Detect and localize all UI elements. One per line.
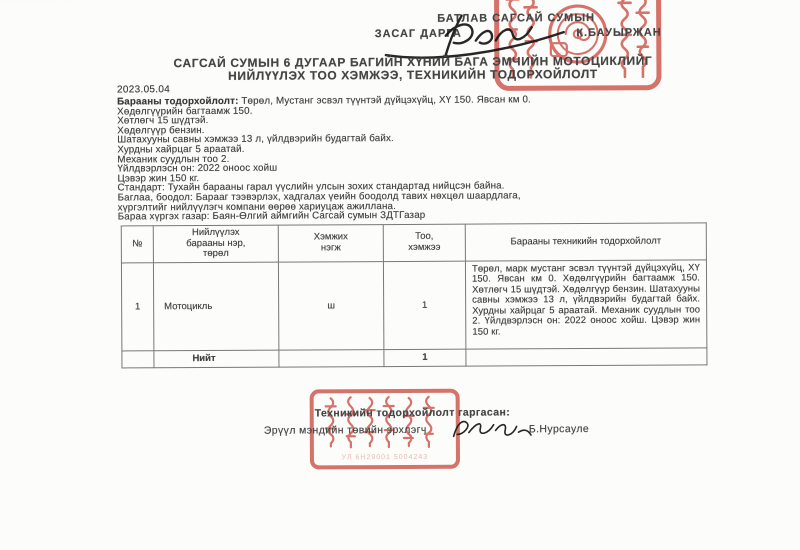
table-header-spec: Барааны техникийн тодорхойлолт bbox=[465, 223, 706, 261]
total-label: Нийт bbox=[154, 350, 279, 368]
issuer-name: Б.Нурсауле bbox=[529, 423, 589, 435]
cell-spec: Төрөл, марк мустанг эсвэл түүнтэй дүйцэх… bbox=[465, 259, 706, 348]
description-intro: Төрөл, Мустанг эсвэл түүнтэй дүйцэхүйц, … bbox=[239, 94, 531, 107]
cell-no: 1 bbox=[121, 262, 153, 350]
table-row: 1 Мотоцикль ш 1 Төрөл, марк мустанг эсвэ… bbox=[121, 259, 706, 350]
spec-table: № Нийлүүлэх барааны нэр, төрөл Хэмжих нэ… bbox=[121, 222, 708, 368]
cell-qty: 1 bbox=[383, 261, 465, 349]
cell-name: Мотоцикль bbox=[153, 262, 278, 351]
document-date: 2023.05.04 bbox=[117, 84, 170, 95]
table-header-unit: Хэмжих нэгж bbox=[278, 225, 383, 262]
cell-unit: ш bbox=[278, 261, 383, 350]
table-header-qty: Тоо, хэмжээ bbox=[383, 224, 465, 261]
table-header-no: № bbox=[121, 226, 153, 263]
product-description: Барааны тодорхойлолт: Төрөл, Мустанг эсв… bbox=[117, 94, 703, 222]
table-header-row: № Нийлүүлэх барааны нэр, төрөл Хэмжих нэ… bbox=[121, 223, 706, 263]
approval-name: К.БАУЫРЖАН bbox=[576, 27, 661, 39]
table-header-name: Нийлүүлэх барааны нэр, төрөл bbox=[153, 225, 278, 262]
stamp-serial-number: УЛ 6Н29001 5004243 bbox=[342, 454, 428, 461]
description-line: Бараа хүргэх газар: Баян-Өлгий аймгийн С… bbox=[118, 210, 703, 223]
total-qty: 1 bbox=[384, 349, 466, 366]
issuer-signature bbox=[448, 413, 534, 443]
document-page: БАТЛАВ САГСАЙ СУМЫН ЗАСАГ ДАРГА К.БАУЫРЖ… bbox=[0, 0, 800, 550]
issuer-position: Эрүүл мэндийн төвийн эрхлэгч bbox=[264, 424, 427, 437]
document-title: САГСАЙ СУМЫН 6 ДУГААР БАГИЙН ХҮНИЙ БАГА … bbox=[117, 54, 709, 83]
total-row: Нийт 1 bbox=[122, 347, 707, 367]
